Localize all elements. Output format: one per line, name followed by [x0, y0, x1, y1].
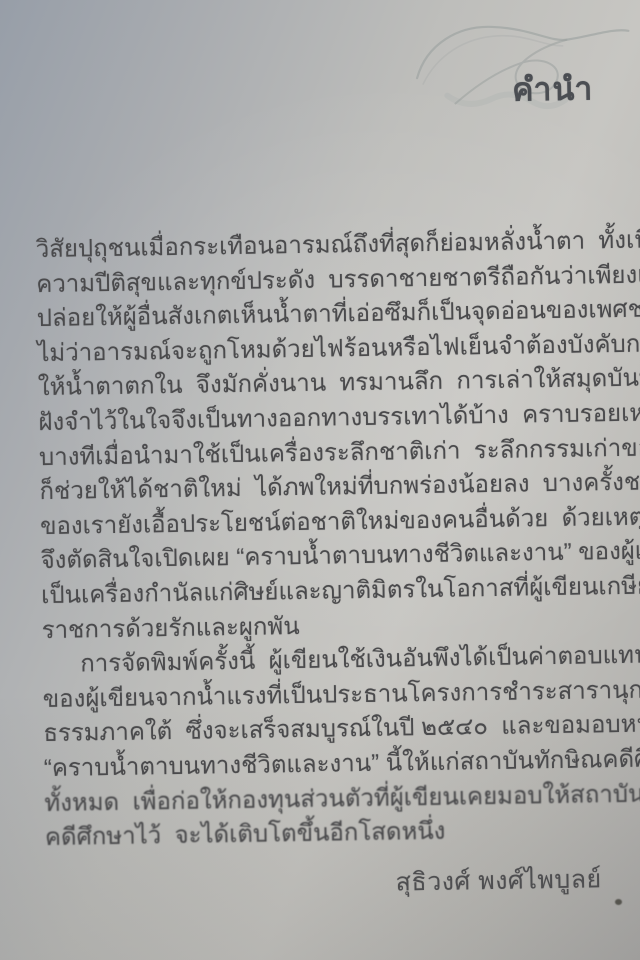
- author-signature: สุธิวงศ์ พงศ์ไพบูลย์: [395, 859, 602, 902]
- book-page-photo: คำนำ วิสัยปุถุชนเมื่อกระเทือนอารมณ์ถึงที…: [0, 0, 640, 960]
- page-title: คำนำ: [512, 63, 594, 115]
- page-content: คำนำ วิสัยปุถุชนเมื่อกระเทือนอารมณ์ถึงที…: [0, 0, 640, 960]
- ink-speck: [615, 899, 622, 905]
- preface-body: วิสัยปุถุชนเมื่อกระเทือนอารมณ์ถึงที่สุดก…: [35, 224, 623, 856]
